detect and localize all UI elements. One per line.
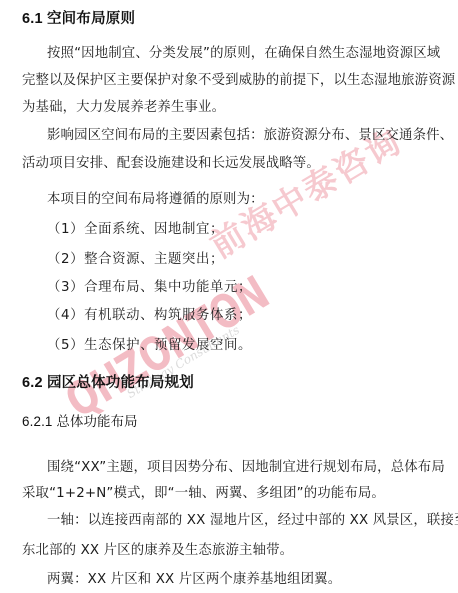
- paragraph-line: 影响园区空间布局的主要因素包括：旅游资源分布、景区交通条件、: [47, 128, 453, 144]
- paragraph-line: 围绕“XX”主题，项目因势分布、因地制宜进行规划布局，总体布局: [47, 460, 445, 476]
- principle-list-item: （2）整合资源、主题突出；: [47, 252, 224, 268]
- paragraph-line: 为基础，大力发展养老养生事业。: [22, 100, 225, 116]
- document-page: QHZONTON Strategy Consultants 前海中泰咨询 6.1…: [0, 0, 458, 593]
- principle-list-item: （4）有机联动、构筑服务体系；: [47, 308, 252, 324]
- paragraph-line: 采取“1+2+N”模式，即“一轴、两翼、多组团”的功能布局。: [22, 486, 385, 502]
- principle-list-item: （3）合理布局、集中功能单元；: [47, 280, 252, 296]
- principle-list-item: （5）生态保护、预留发展空间。: [47, 338, 252, 354]
- paragraph-line: 一轴：以连接西南部的 XX 湿地片区，经过中部的 XX 风景区，联接至: [47, 513, 458, 529]
- paragraph-line: 活动项目安排、配套设施建设和长远发展战略等。: [22, 156, 320, 172]
- paragraph-line: 两翼：XX 片区和 XX 片区两个康养基地组团翼。: [47, 572, 341, 588]
- paragraph-line: 完整以及保护区主要保护对象不受到威胁的前提下，以生态湿地旅游资源: [22, 73, 455, 89]
- principle-list-item: （1）全面系统、因地制宜；: [47, 222, 224, 238]
- section-heading-6-2: 6.2 园区总体功能布局规划: [22, 375, 194, 391]
- paragraph-line: 东北部的 XX 片区的康养及生态旅游主轴带。: [22, 543, 293, 559]
- paragraph-line: 本项目的空间布局将遵循的原则为：: [47, 192, 264, 208]
- section-heading-6-1: 6.1 空间布局原则: [22, 11, 135, 27]
- paragraph-line: 按照“因地制宜、分类发展”的原则，在确保自然生态湿地资源区域: [47, 46, 440, 62]
- subsection-heading-6-2-1: 6.2.1 总体功能布局: [22, 414, 138, 430]
